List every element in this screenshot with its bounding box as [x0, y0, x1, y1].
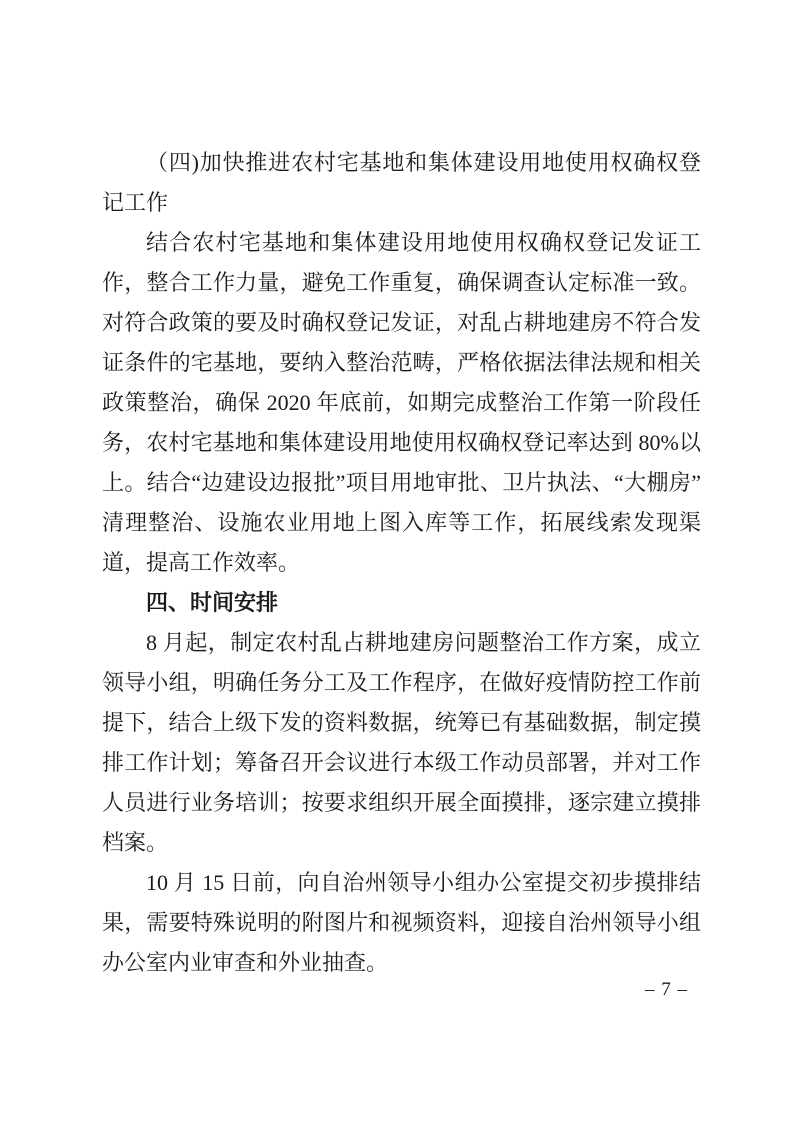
document-body: （四)加快推进农村宅基地和集体建设用地使用权确权登记工作 结合农村宅基地和集体建… [102, 143, 701, 983]
paragraph-august-plan: 8 月起，制定农村乱占耕地建房问题整治工作方案，成立领导小组，明确任务分工及工作… [102, 623, 701, 863]
section-heading-4: （四)加快推进农村宅基地和集体建设用地使用权确权登记工作 [102, 143, 701, 223]
paragraph-registration-work: 结合农村宅基地和集体建设用地使用权确权登记发证工作，整合工作力量，避免工作重复，… [102, 223, 701, 583]
page-number: – 7 – [0, 978, 688, 1002]
section-heading-time-schedule: 四、时间安排 [102, 583, 701, 623]
paragraph-october-deadline: 10 月 15 日前，向自治州领导小组办公室提交初步摸排结果，需要特殊说明的附图… [102, 863, 701, 983]
document-page: （四)加快推进农村宅基地和集体建设用地使用权确权登记工作 结合农村宅基地和集体建… [0, 0, 793, 1122]
